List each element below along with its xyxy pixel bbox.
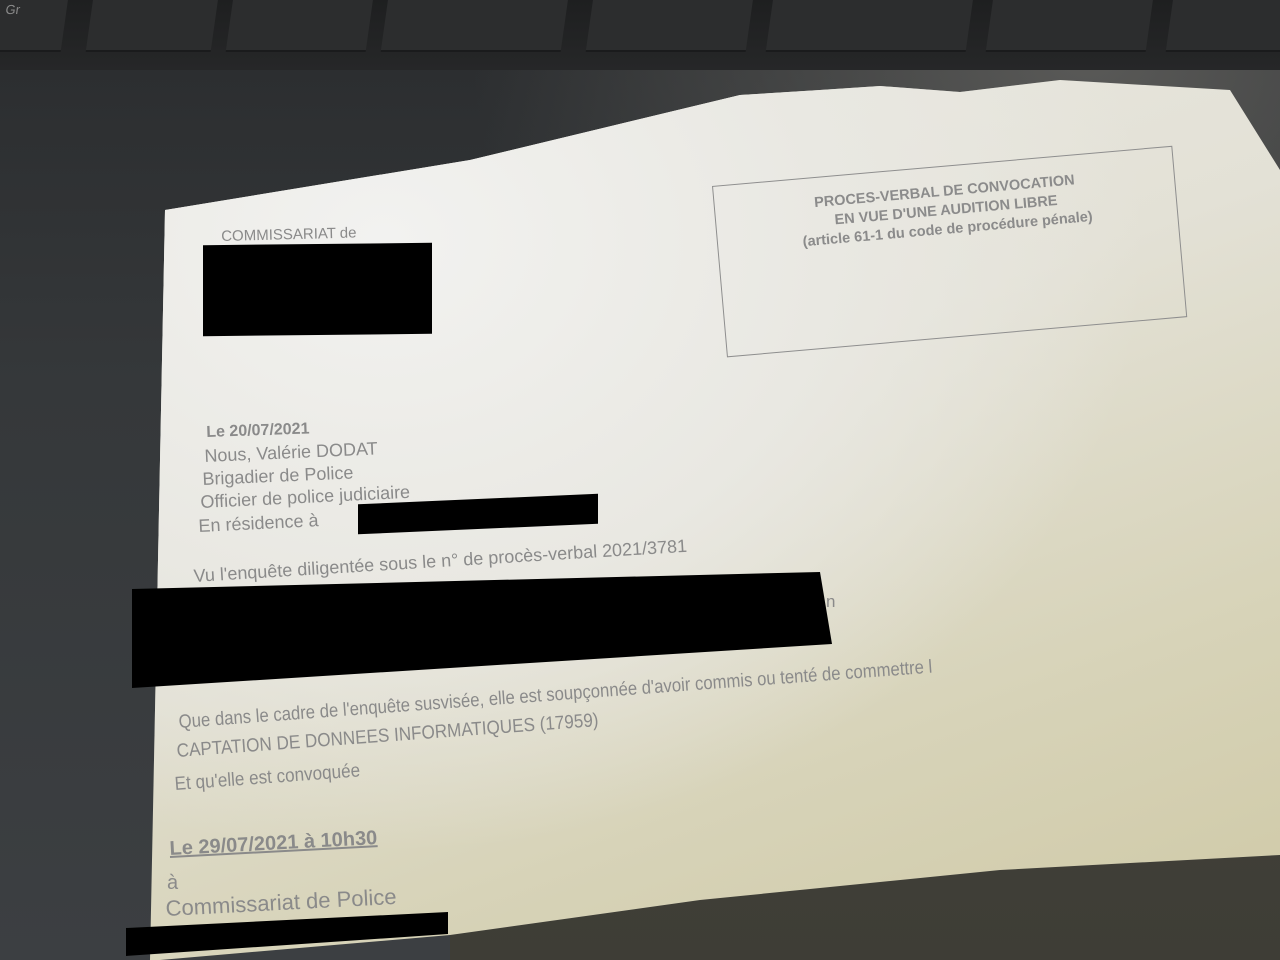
- redaction-commissariat-name: [203, 243, 432, 336]
- keyboard-key: [986, 0, 1155, 52]
- key-label: Gr: [5, 2, 22, 17]
- keyboard-key: [226, 0, 375, 52]
- keyboard-key: [381, 0, 570, 52]
- appointment-at: à: [167, 872, 178, 895]
- keyboard-key: [1166, 0, 1280, 52]
- header-commissariat: COMMISSARIAT de: [221, 224, 357, 245]
- keyboard-key: Gr: [0, 0, 69, 52]
- keyboard: Gr: [0, 0, 1280, 70]
- keyboard-key: [766, 0, 975, 52]
- partial-text-char: n: [826, 592, 835, 612]
- date-line: Le 20/07/2021: [206, 420, 310, 442]
- keyboard-key: [86, 0, 220, 52]
- keyboard-key: [586, 0, 755, 52]
